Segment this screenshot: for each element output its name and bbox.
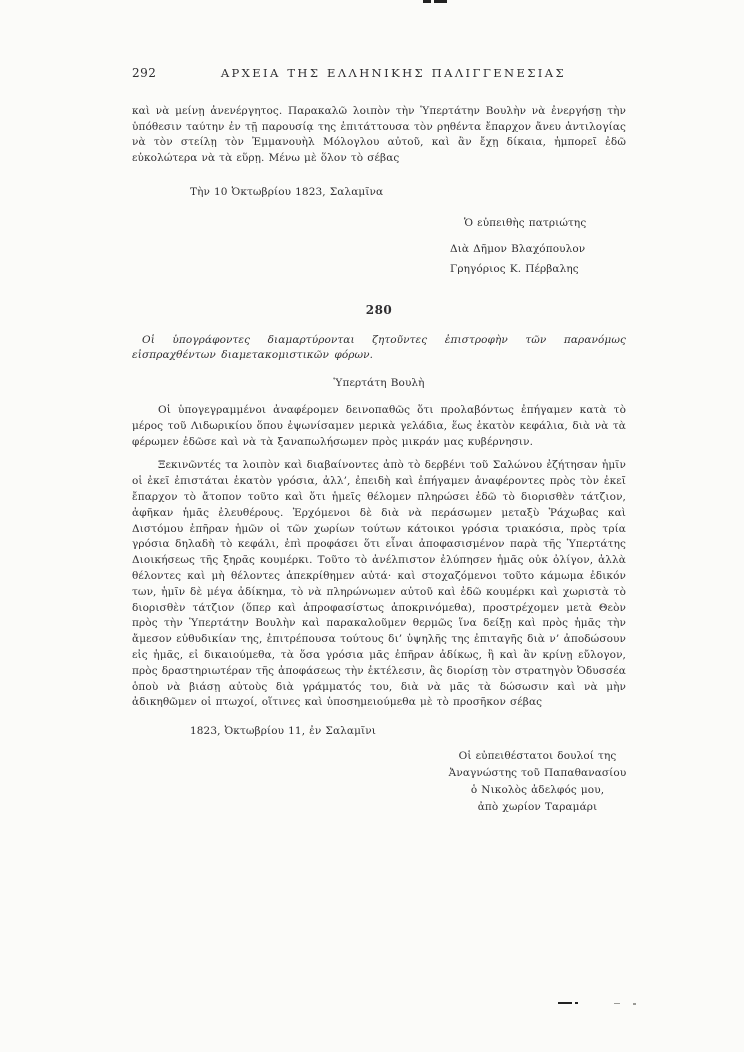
signature-line: ἀπὸ χωρίον Ταραμάρι — [440, 799, 635, 816]
scan-artifact-bottom-3 — [614, 1003, 620, 1004]
document-number: 280 — [132, 303, 626, 319]
page-number: 292 — [132, 66, 221, 82]
doc-280-paragraph-1: Οἱ ὑπογεγραμμένοι ἀναφέρομεν δεινοπαθῶς … — [132, 403, 626, 450]
doc-280-signature-block: Οἱ εὐπειθέστατοι δουλοί της Ἀναγνώστης τ… — [440, 748, 635, 816]
running-head: 292 ΑΡΧΕΙΑ ΤΗΣ ΕΛΛΗΝΙΚΗΣ ΠΑΛΙΓΓΕΝΕΣΙΑΣ — [132, 66, 626, 82]
signature-line: Διὰ Δῆμον Βλαχόπουλον — [450, 239, 626, 259]
signature-line: Ὁ εὐπειθὴς πατριώτης — [450, 213, 626, 233]
running-head-title: ΑΡΧΕΙΑ ΤΗΣ ΕΛΛΗΝΙΚΗΣ ΠΑΛΙΓΓΕΝΕΣΙΑΣ — [221, 66, 626, 82]
doc-280-dateline: 1823, Ὀκτωβρίου 11, ἐν Σαλαμῖνι — [132, 724, 626, 740]
scan-artifact-bottom-1 — [558, 1002, 572, 1004]
doc-280-paragraph-2: Ξεκινῶντές τα λοιπὸν καὶ διαβαίνοντες ἀπ… — [132, 458, 626, 711]
doc-prev-signature-block: Ὁ εὐπειθὴς πατριώτης Διὰ Δῆμον Βλαχόπουλ… — [450, 213, 626, 279]
document-salutation: Ὑπερτάτη Βουλὴ — [132, 376, 626, 392]
signature-line: Γρηγόριος Κ. Πέρβαλης — [450, 259, 626, 279]
text-block: 292 ΑΡΧΕΙΑ ΤΗΣ ΕΛΛΗΝΙΚΗΣ ΠΑΛΙΓΓΕΝΕΣΙΑΣ κ… — [132, 0, 626, 816]
doc-prev-dateline: Τὴν 10 Ὀκτωβρίου 1823, Σαλαμῖνα — [132, 185, 626, 201]
signature-line: Ἀναγνώστης τοῦ Παπαθανασίου — [440, 765, 635, 782]
document-abstract: Οἱ ὑπογράφοντες διαμαρτύρονται ζητοῦντες… — [132, 333, 626, 365]
doc-prev-closing-paragraph: καὶ νὰ μείνῃ ἀνενέργητος. Παρακαλῶ λοιπὸ… — [132, 104, 626, 167]
scan-artifact-bottom-4 — [633, 1003, 636, 1005]
scan-artifact-bottom-2 — [575, 1002, 578, 1004]
signature-line: ὁ Νικολὸς ἀδελφός μου, — [440, 782, 635, 799]
signature-line: Οἱ εὐπειθέστατοι δουλοί της — [440, 748, 635, 765]
scanned-book-page: 292 ΑΡΧΕΙΑ ΤΗΣ ΕΛΛΗΝΙΚΗΣ ΠΑΛΙΓΓΕΝΕΣΙΑΣ κ… — [0, 0, 744, 1052]
